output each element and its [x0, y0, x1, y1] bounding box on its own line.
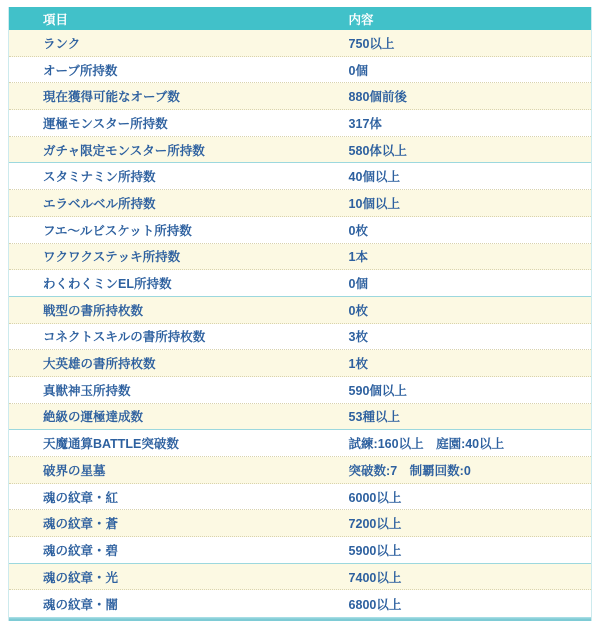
row-label: 天魔通算BATTLE突破数 — [9, 434, 315, 452]
row-value: 0枚 — [315, 221, 591, 239]
table-row: フエ〜ルビスケット所持数 0枚 — [9, 217, 591, 244]
row-label: 戦型の書所持枚数 — [9, 301, 315, 319]
row-label: 現在獲得可能なオーブ数 — [9, 87, 315, 105]
table-row: 魂の紋章・碧 5900以上 — [9, 537, 591, 564]
table-row: 絶級の運極達成数 53種以上 — [9, 404, 591, 431]
row-value: 1枚 — [315, 354, 591, 372]
row-value: 1本 — [315, 247, 591, 265]
row-label: 真獣神玉所持数 — [9, 381, 315, 399]
row-value: 880個前後 — [315, 87, 591, 105]
table-row: 破界の星墓 突破数:7 制覇回数:0 — [9, 457, 591, 484]
row-label: ガチャ限定モンスター所持数 — [9, 141, 315, 159]
header-content-column: 内容 — [315, 10, 591, 28]
table-row: 大英雄の書所持枚数 1枚 — [9, 350, 591, 377]
table-row: 天魔通算BATTLE突破数 試練:160以上 庭園:40以上 — [9, 430, 591, 457]
row-value: 3枚 — [315, 327, 591, 345]
table-bottom-border — [9, 617, 591, 621]
row-value: 7400以上 — [315, 568, 591, 586]
row-label: コネクトスキルの書所持枚数 — [9, 327, 315, 345]
row-value: 6800以上 — [315, 595, 591, 613]
row-label: 運極モンスター所持数 — [9, 114, 315, 132]
row-label: 大英雄の書所持枚数 — [9, 354, 315, 372]
table-row: 魂の紋章・光 7400以上 — [9, 564, 591, 591]
table-row: 現在獲得可能なオーブ数 880個前後 — [9, 83, 591, 110]
row-label: 魂の紋章・紅 — [9, 488, 315, 506]
row-value: 53種以上 — [315, 407, 591, 425]
table-row: 戦型の書所持枚数 0枚 — [9, 297, 591, 324]
row-value: 6000以上 — [315, 488, 591, 506]
row-label: スタミナミン所持数 — [9, 167, 315, 185]
row-label: 魂の紋章・碧 — [9, 541, 315, 559]
table-row: オーブ所持数 0個 — [9, 57, 591, 84]
row-value: 590個以上 — [315, 381, 591, 399]
table-header-row: 項目 内容 — [9, 7, 591, 30]
row-value: 0個 — [315, 274, 591, 292]
row-value: 317体 — [315, 114, 591, 132]
table-row: ランク 750以上 — [9, 30, 591, 57]
row-value: 10個以上 — [315, 194, 591, 212]
status-table: 項目 内容 ランク 750以上 オーブ所持数 0個 現在獲得可能なオーブ数 88… — [8, 7, 592, 621]
row-value: 突破数:7 制覇回数:0 — [315, 461, 591, 479]
table-row: ガチャ限定モンスター所持数 580体以上 — [9, 137, 591, 164]
row-value: 7200以上 — [315, 514, 591, 532]
header-item-column: 項目 — [9, 10, 315, 28]
table-row: 真獣神玉所持数 590個以上 — [9, 377, 591, 404]
row-value: 750以上 — [315, 34, 591, 52]
row-label: フエ〜ルビスケット所持数 — [9, 221, 315, 239]
table-row: ワクワクステッキ所持数 1本 — [9, 244, 591, 271]
table-row: エラベルベル所持数 10個以上 — [9, 190, 591, 217]
row-value: 試練:160以上 庭園:40以上 — [315, 434, 591, 452]
table-row: 魂の紋章・紅 6000以上 — [9, 484, 591, 511]
table-row: 魂の紋章・闇 6800以上 — [9, 590, 591, 617]
row-label: わくわくミンEL所持数 — [9, 274, 315, 292]
row-label: 魂の紋章・闇 — [9, 595, 315, 613]
table-row: 魂の紋章・蒼 7200以上 — [9, 510, 591, 537]
row-label: オーブ所持数 — [9, 61, 315, 79]
table-row: わくわくミンEL所持数 0個 — [9, 270, 591, 297]
row-label: 魂の紋章・光 — [9, 568, 315, 586]
table-row: コネクトスキルの書所持枚数 3枚 — [9, 324, 591, 351]
row-label: 絶級の運極達成数 — [9, 407, 315, 425]
row-value: 5900以上 — [315, 541, 591, 559]
row-value: 580体以上 — [315, 141, 591, 159]
table-row: スタミナミン所持数 40個以上 — [9, 163, 591, 190]
row-label: エラベルベル所持数 — [9, 194, 315, 212]
row-value: 40個以上 — [315, 167, 591, 185]
row-label: ランク — [9, 34, 315, 52]
row-value: 0枚 — [315, 301, 591, 319]
table-row: 運極モンスター所持数 317体 — [9, 110, 591, 137]
row-label: ワクワクステッキ所持数 — [9, 247, 315, 265]
row-label: 魂の紋章・蒼 — [9, 514, 315, 532]
row-label: 破界の星墓 — [9, 461, 315, 479]
row-value: 0個 — [315, 61, 591, 79]
